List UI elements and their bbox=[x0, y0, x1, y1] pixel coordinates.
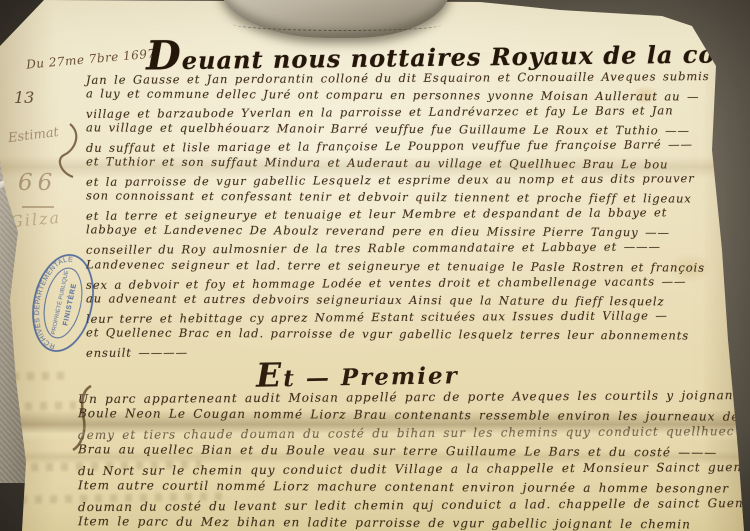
verso-ink-show-through bbox=[10, 401, 76, 410]
manuscript-body-part1: Jan le Gausse et Jan perdorantin colloné… bbox=[86, 70, 710, 360]
paraph-flourish bbox=[54, 120, 84, 182]
verso-ink-show-through bbox=[12, 371, 70, 380]
margin-note-estimat: Estimat bbox=[7, 125, 59, 146]
manuscript-photo: Du 27me 7bre 1697 Deuant nous nottaires … bbox=[0, 0, 750, 531]
parchment-sheet: Du 27me 7bre 1697 Deuant nous nottaires … bbox=[0, 0, 750, 531]
margin-note-number: 13 bbox=[14, 88, 34, 107]
manuscript-body-part2: Un parc apparteneant audit Moisan appell… bbox=[78, 388, 750, 531]
margin-note-66: 66 bbox=[18, 170, 57, 196]
margin-signature: Gilza bbox=[9, 208, 61, 231]
date-annotation: Du 27me 7bre 1697 bbox=[26, 46, 156, 71]
manuscript-line: Item le parc du Mez bihan en ladite parr… bbox=[78, 512, 750, 531]
